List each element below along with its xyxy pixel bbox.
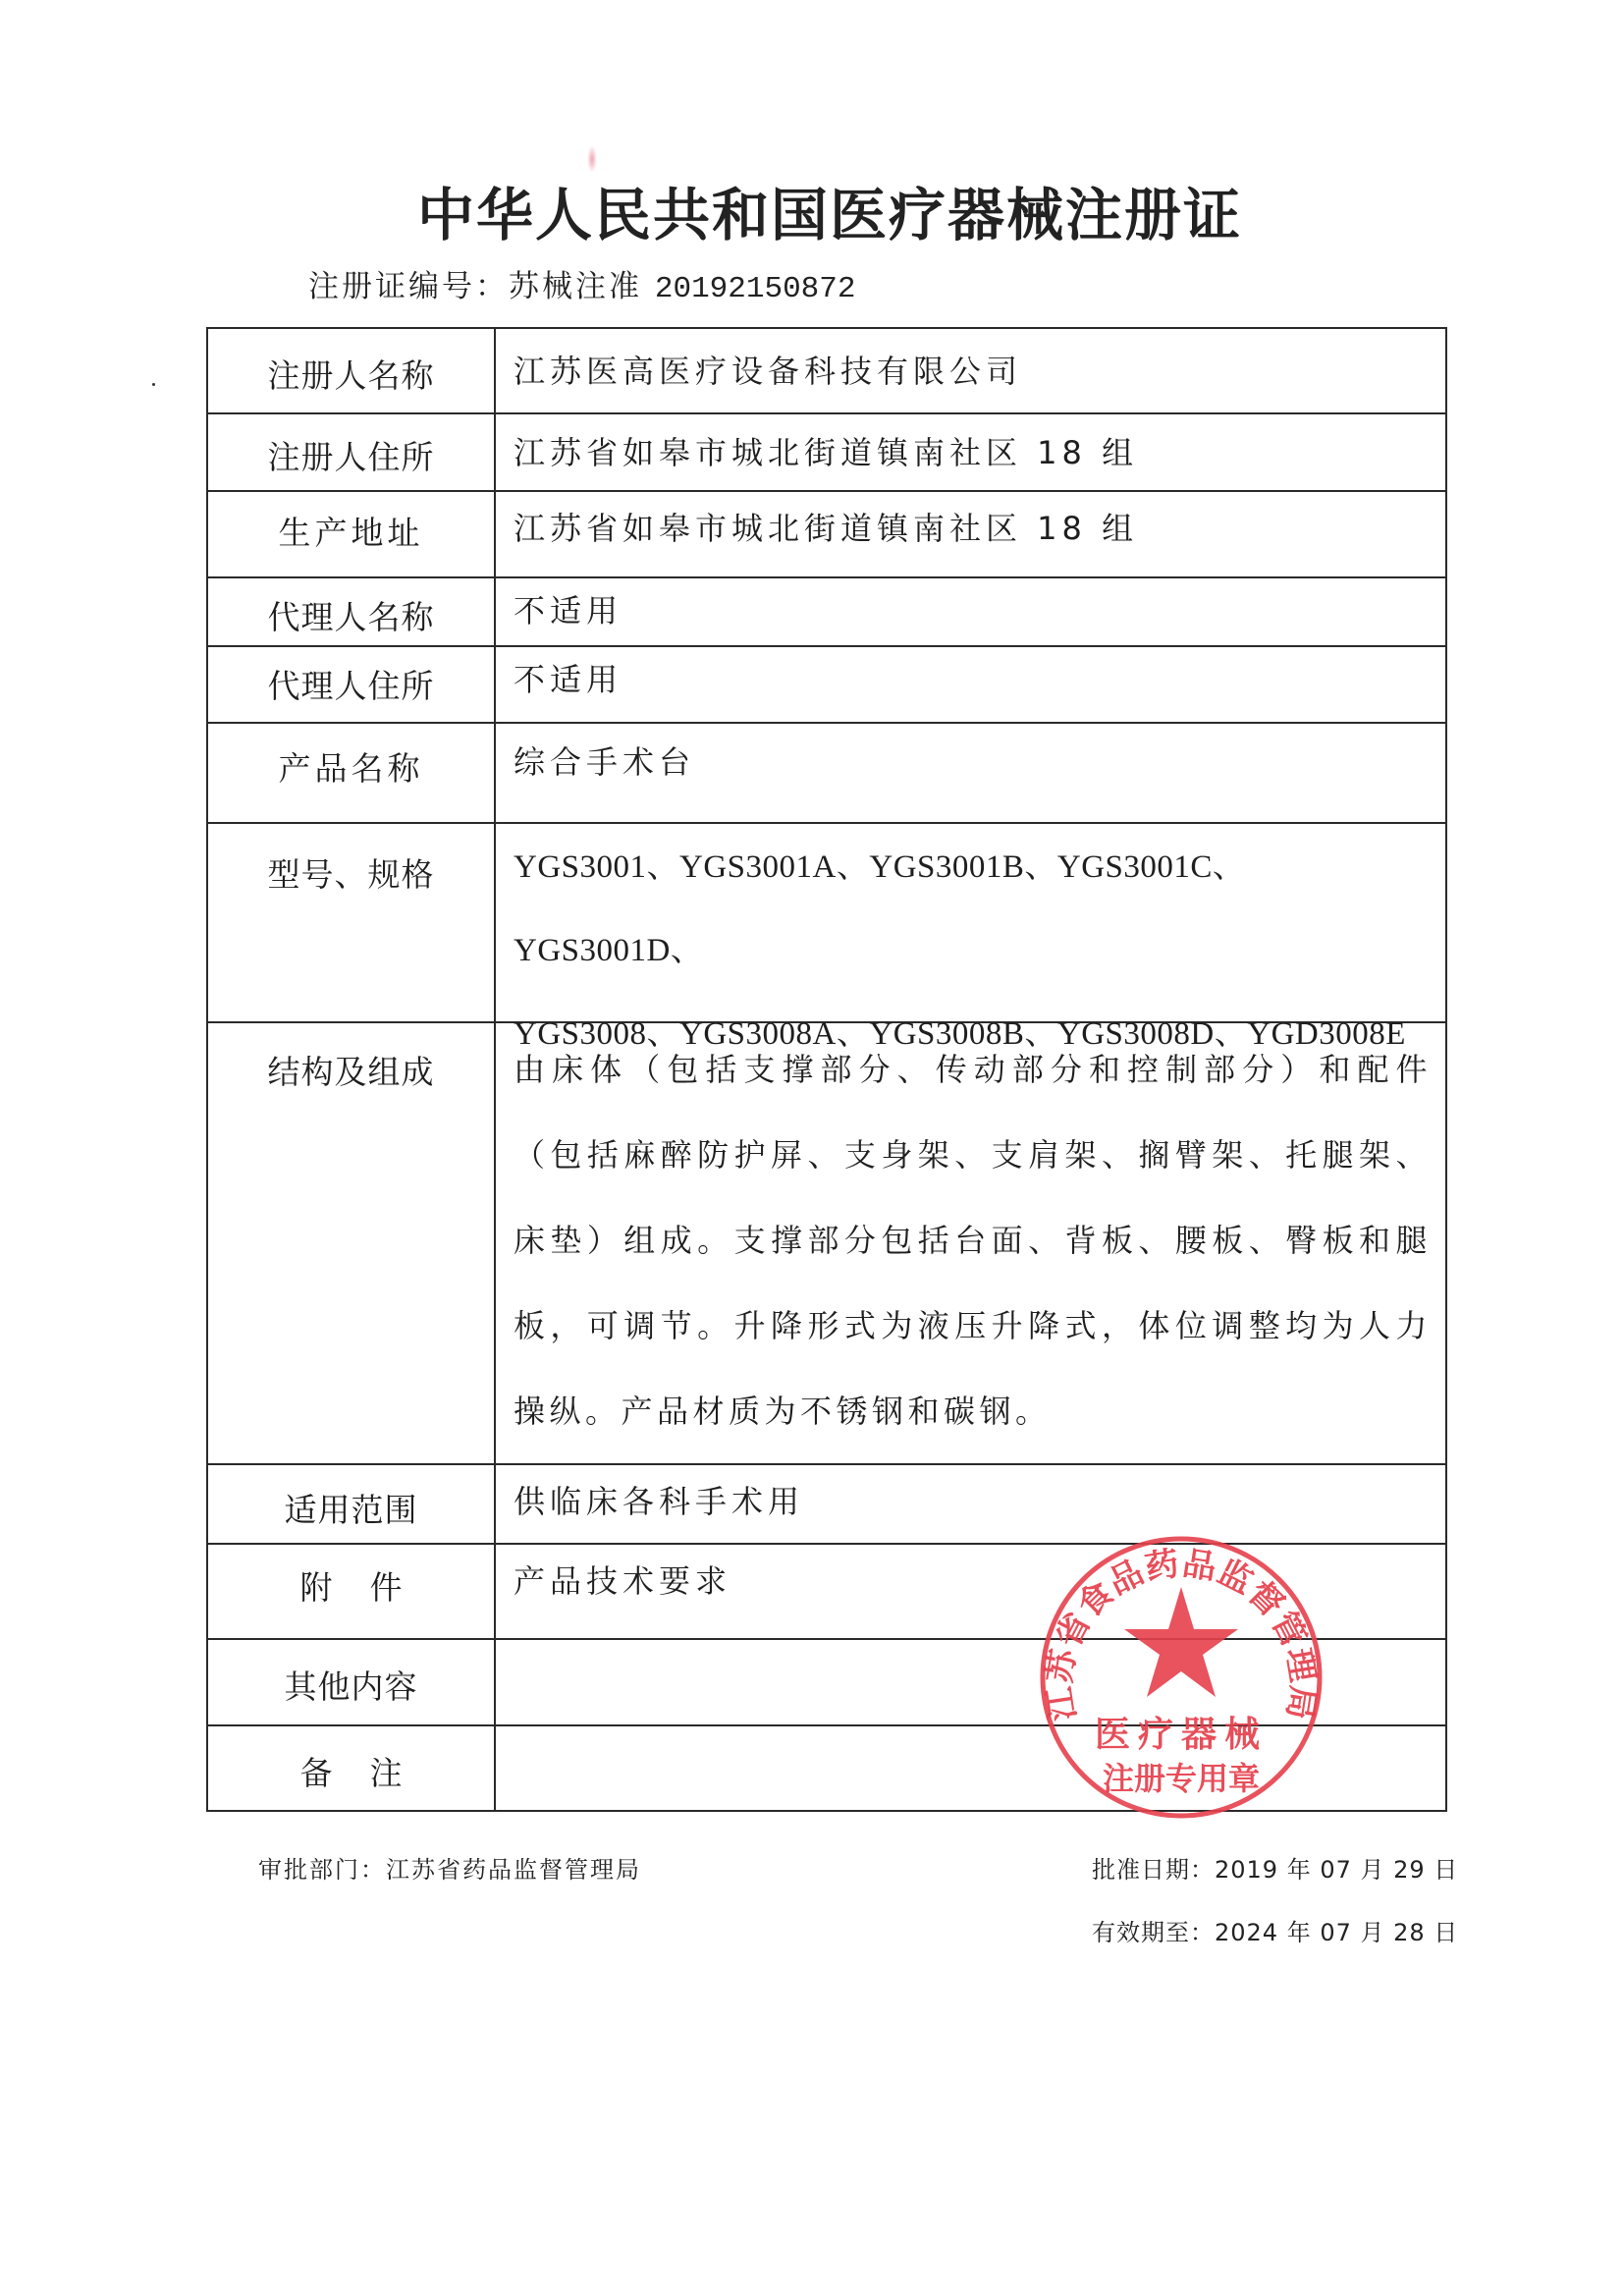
table-row-product-name: 产品名称 综合手术台 [208,722,1445,822]
star-icon [1124,1587,1238,1697]
table-row-models: 型号、规格 YGS3001、YGS3001A、YGS3001B、YGS3001C… [208,822,1445,1021]
approval-dept-label: 审批部门： [258,1856,386,1884]
scan-speck [152,383,155,386]
row-label: 产品名称 [208,724,496,822]
row-value-models: YGS3001、YGS3001A、YGS3001B、YGS3001C、YGS30… [496,824,1445,1021]
row-label: 型号、规格 [208,824,496,1021]
approval-department: 审批部门：江苏省药品监督管理局 [258,1850,641,1885]
table-row-structure: 结构及组成 由床体（包括支撑部分、传动部分和控制部分）和配件（包括麻醉防护屏、支… [208,1021,1445,1463]
official-seal: 江苏省食品药品监督管理局 医疗器械 注册专用章 [1036,1532,1326,1823]
row-value: 不适用 [496,647,1445,722]
registration-number-value: 20192150872 [655,272,856,306]
table-row-agent-address: 代理人住所 不适用 [208,645,1445,722]
row-value: 由床体（包括支撑部分、传动部分和控制部分）和配件（包括麻醉防护屏、支身架、支肩架… [496,1023,1445,1463]
registration-number: 注册证编号：苏械注准 20192150872 [308,261,856,306]
row-label: 注册人名称 [208,329,496,412]
row-label: 其他内容 [208,1640,496,1724]
table-row-agent-name: 代理人名称 不适用 [208,576,1445,645]
valid-until-label: 有效期至： [1092,1919,1215,1946]
table-row-registrant-address: 注册人住所 江苏省如皋市城北街道镇南社区 18 组 [208,412,1445,490]
table-row-scope: 适用范围 供临床各科手术用 [208,1463,1445,1543]
approval-dept-value: 江苏省药品监督管理局 [386,1856,641,1884]
table-row-registrant-name: 注册人名称 江苏医高医疗设备科技有限公司 [208,329,1445,412]
row-label: 代理人名称 [208,578,496,645]
seal-line2: 注册专用章 [1103,1760,1260,1797]
row-value: 综合手术台 [496,724,1445,822]
row-label: 附件 [208,1545,496,1638]
row-label: 注册人住所 [208,414,496,490]
seal-line1: 医疗器械 [1095,1715,1268,1755]
registration-number-label: 注册证编号： [308,269,509,304]
approval-date-label: 批准日期： [1092,1856,1215,1884]
row-label: 结构及组成 [208,1023,496,1463]
approval-date: 批准日期：2019 年 07 月 29 日 [1092,1850,1458,1885]
row-value: 不适用 [496,578,1445,645]
row-label: 代理人住所 [208,647,496,722]
row-label: 备注 [208,1726,496,1810]
row-label: 生产地址 [208,492,496,576]
row-value: 江苏省如皋市城北街道镇南社区 18 组 [496,414,1445,490]
row-value: 江苏省如皋市城北街道镇南社区 18 组 [496,492,1445,576]
document-title: 中华人民共和国医疗器械注册证 [0,169,1623,251]
models-line: YGS3001、YGS3001A、YGS3001B、YGS3001C、YGS30… [514,826,1432,993]
approval-date-value: 2019 年 07 月 29 日 [1215,1856,1458,1884]
row-value: 江苏医高医疗设备科技有限公司 [496,329,1445,412]
row-label: 适用范围 [208,1465,496,1543]
valid-until-value: 2024 年 07 月 28 日 [1215,1919,1458,1946]
registration-number-prefix: 苏械注准 [509,269,642,304]
valid-until: 有效期至：2024 年 07 月 28 日 [1092,1913,1458,1947]
table-row-production-address: 生产地址 江苏省如皋市城北街道镇南社区 18 组 [208,490,1445,576]
